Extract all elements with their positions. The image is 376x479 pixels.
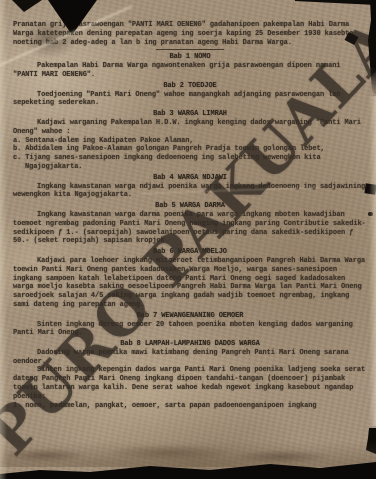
bab-8-heading: Bab 8 LAMPAH-LAMPAHING DADOS WARGA bbox=[13, 340, 367, 349]
bab-7-heading: Bab 7 WEWANGENANING OEMOER bbox=[13, 312, 367, 321]
bab-4-heading: Bab 4 WARGA NDJAWI bbox=[13, 174, 367, 183]
bab-5-paragraph: Ingkang kawastanan warga darma poenika p… bbox=[13, 211, 367, 246]
paper-edge-highlight-left bbox=[0, 0, 7, 479]
typed-divider-line bbox=[156, 49, 224, 50]
bab-8-paragraph-1: Dadosing warga poenika mawi katimbang de… bbox=[13, 349, 367, 367]
paper-edge-highlight-right bbox=[369, 96, 376, 426]
archival-document-scan: Pranatan grija pasrawoengan "PANTI MARI … bbox=[0, 0, 376, 479]
bab-3-list-item-b: b. Abdidalem ing Pakoe-Alaman golongan P… bbox=[13, 145, 367, 154]
bab-2-heading: Bab 2 TOEDJOE bbox=[13, 82, 367, 91]
bab-8-numbered-item-1: 1. nomo, padamelan, pangkat, oemoer, sar… bbox=[13, 402, 367, 411]
bab-6-paragraph: Kadjawi para loehoer ingkang mitoeroet t… bbox=[13, 257, 367, 310]
bab-6-heading: Bab 6 WARGA MOELJO bbox=[13, 248, 367, 257]
bab-3-list-item-c: c. Tijang sanes-sanesipoen ingkang dedoe… bbox=[13, 154, 367, 172]
corner-shadow-smudge bbox=[18, 18, 88, 78]
bab-3-paragraph: Kadjawi warganing Pakempalan H.D.W. ingk… bbox=[13, 119, 367, 137]
bab-5-heading: Bab 5 WARGA DARMA bbox=[13, 202, 367, 211]
worn-paper-band-bottom bbox=[0, 441, 376, 467]
bab-7-paragraph: Sinten ingkang dereng oemoer 20 tahoen p… bbox=[13, 321, 367, 339]
bab-3-heading: Bab 3 WARGA LIMRAH bbox=[13, 110, 367, 119]
bab-2-paragraph: Toedjoening "Panti Mari Oneng" wahoe man… bbox=[13, 91, 367, 109]
bab-8-paragraph-2: Sinten ingkang kepengin dados warga Pant… bbox=[13, 366, 367, 401]
